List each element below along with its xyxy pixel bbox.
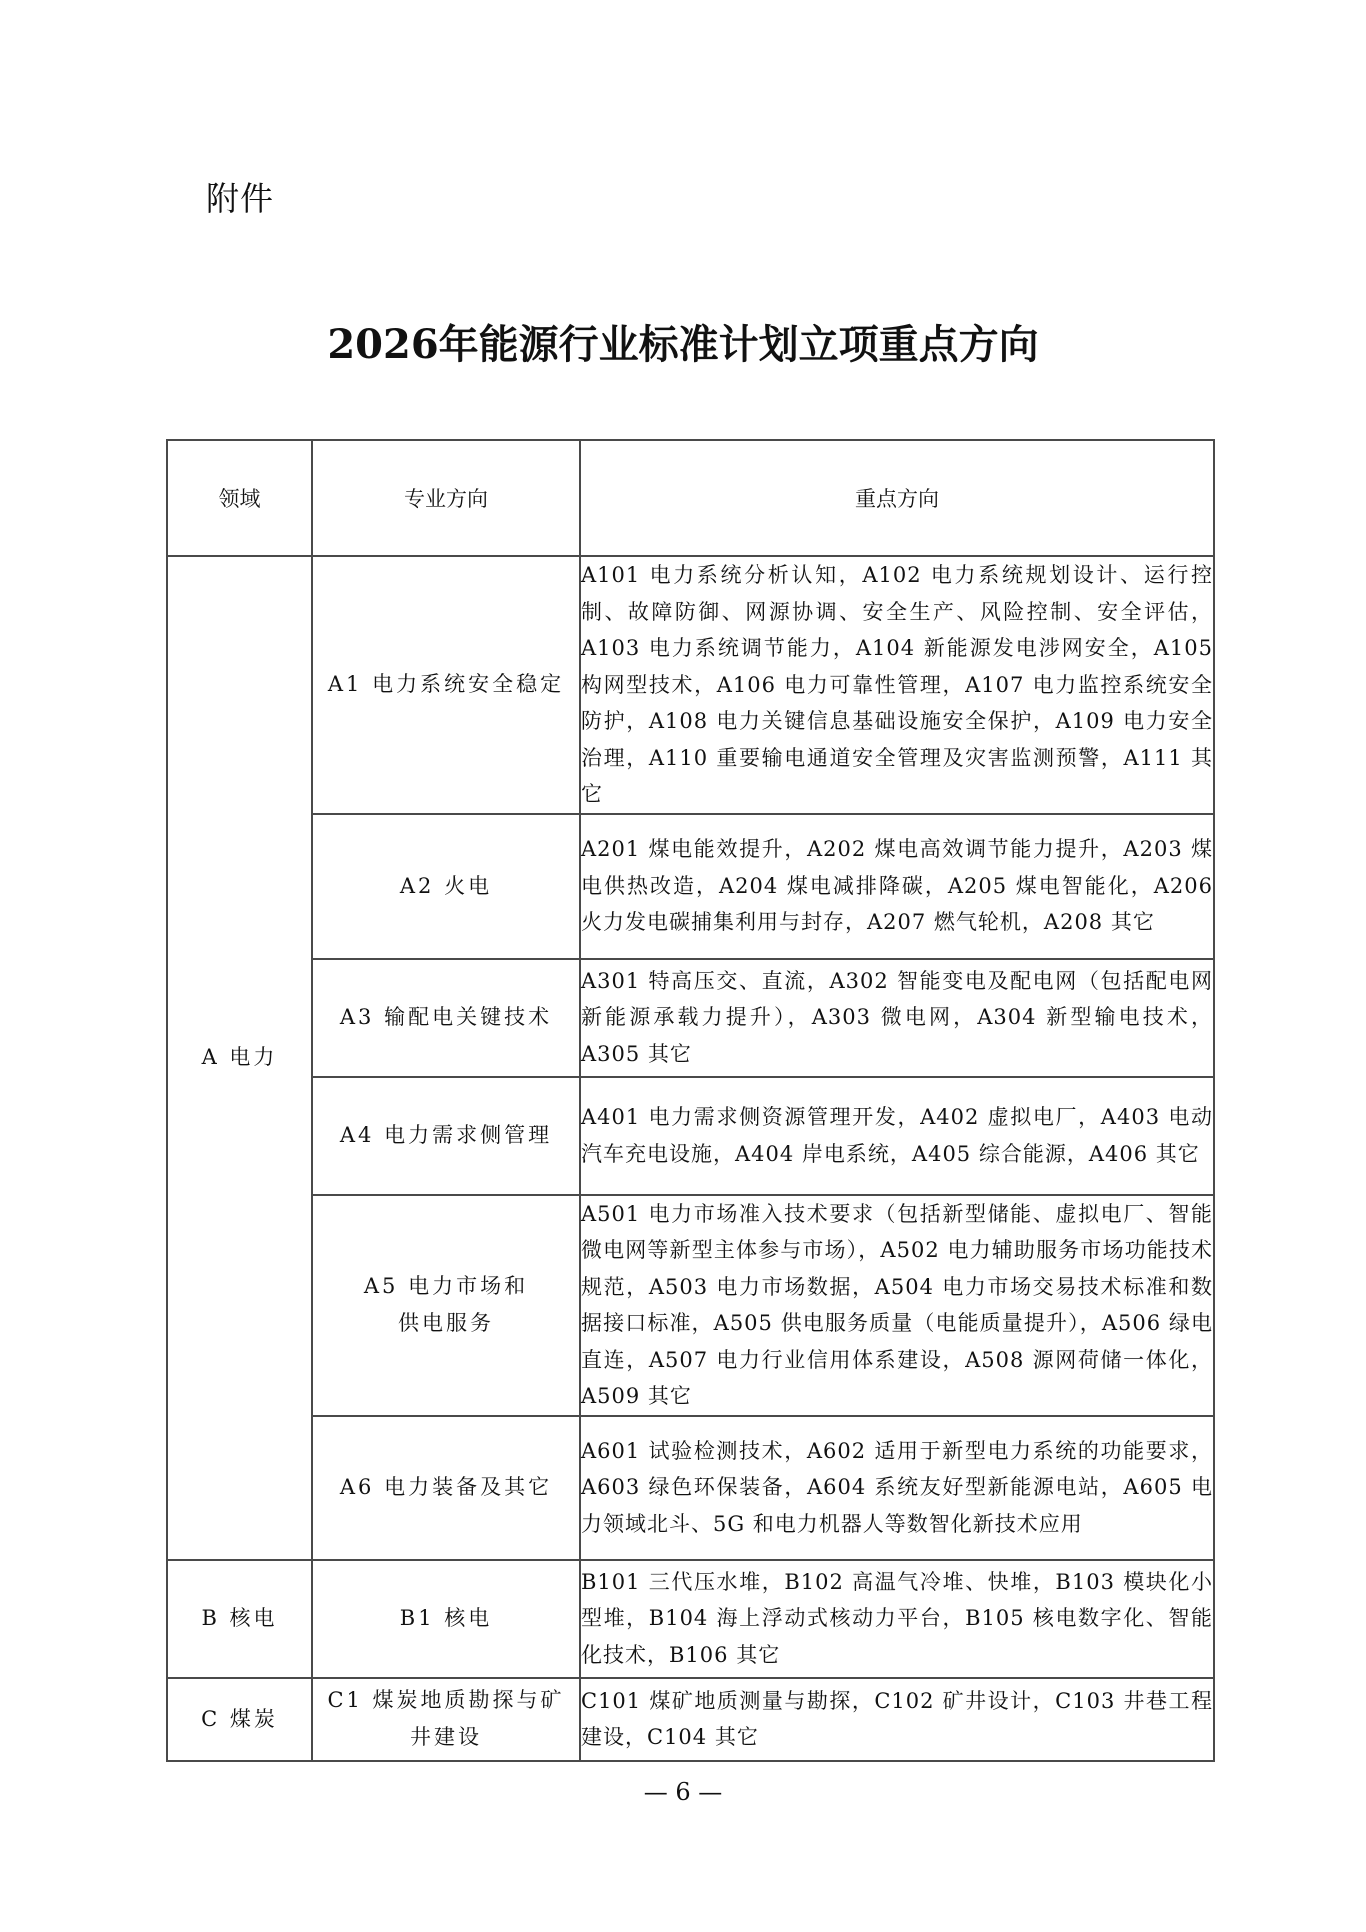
focus-cell-c1: C101 煤矿地质测量与勘探，C102 矿井设计，C103 井巷工程建设，C10… (580, 1678, 1214, 1761)
table-row: A6 电力装备及其它 A601 试验检测技术，A602 适用于新型电力系统的功能… (167, 1416, 1214, 1560)
specialty-cell-a5-line-1: A5 电力市场和 (364, 1274, 528, 1298)
focus-cell-a1: A101 电力系统分析认知，A102 电力系统规划设计、运行控制、故障防御、网源… (580, 556, 1214, 814)
specialty-cell-a3: A3 输配电关键技术 (312, 959, 580, 1077)
page-number: — 6 — (0, 1774, 1366, 1810)
specialty-cell-c1: C1 煤炭地质勘探与矿 井建设 (312, 1678, 580, 1761)
column-header-focus: 重点方向 (580, 440, 1214, 556)
standards-plan-table: 领域 专业方向 重点方向 A 电力 A1 电力系统安全稳定 A101 电力系统分… (166, 439, 1215, 1762)
page-title: 2026年能源行业标准计划立项重点方向 (0, 318, 1366, 372)
focus-cell-a5: A501 电力市场准入技术要求（包括新型储能、虚拟电厂、智能微电网等新型主体参与… (580, 1195, 1214, 1416)
specialty-cell-b1: B1 核电 (312, 1560, 580, 1678)
focus-cell-a2: A201 煤电能效提升，A202 煤电高效调节能力提升，A203 煤电供热改造，… (580, 814, 1214, 959)
specialty-cell-c1-line-1: C1 煤炭地质勘探与矿 (327, 1688, 564, 1712)
specialty-cell-a2: A2 火电 (312, 814, 580, 959)
table-row: A4 电力需求侧管理 A401 电力需求侧资源管理开发，A402 虚拟电厂，A4… (167, 1077, 1214, 1195)
table-row: A3 输配电关键技术 A301 特高压交、直流，A302 智能变电及配电网（包括… (167, 959, 1214, 1077)
table-row: A 电力 A1 电力系统安全稳定 A101 电力系统分析认知，A102 电力系统… (167, 556, 1214, 814)
specialty-cell-a5: A5 电力市场和 供电服务 (312, 1195, 580, 1416)
focus-cell-a4: A401 电力需求侧资源管理开发，A402 虚拟电厂，A403 电动汽车充电设施… (580, 1077, 1214, 1195)
specialty-cell-a6: A6 电力装备及其它 (312, 1416, 580, 1560)
table-header-row: 领域 专业方向 重点方向 (167, 440, 1214, 556)
specialty-cell-c1-line-2: 井建设 (410, 1725, 482, 1749)
column-header-domain: 领域 (167, 440, 312, 556)
column-header-specialty: 专业方向 (312, 440, 580, 556)
domain-cell-c: C 煤炭 (167, 1678, 312, 1761)
table-row: A2 火电 A201 煤电能效提升，A202 煤电高效调节能力提升，A203 煤… (167, 814, 1214, 959)
specialty-cell-a4: A4 电力需求侧管理 (312, 1077, 580, 1195)
table-row: C 煤炭 C1 煤炭地质勘探与矿 井建设 C101 煤矿地质测量与勘探，C102… (167, 1678, 1214, 1761)
table-row: B 核电 B1 核电 B101 三代压水堆，B102 高温气冷堆、快堆，B103… (167, 1560, 1214, 1678)
domain-cell-a: A 电力 (167, 556, 312, 1560)
domain-cell-b: B 核电 (167, 1560, 312, 1678)
table-row: A5 电力市场和 供电服务 A501 电力市场准入技术要求（包括新型储能、虚拟电… (167, 1195, 1214, 1416)
focus-cell-b1: B101 三代压水堆，B102 高温气冷堆、快堆，B103 模块化小型堆，B10… (580, 1560, 1214, 1678)
attachment-label: 附件 (206, 178, 274, 220)
focus-cell-a6: A601 试验检测技术，A602 适用于新型电力系统的功能要求，A603 绿色环… (580, 1416, 1214, 1560)
focus-cell-a3: A301 特高压交、直流，A302 智能变电及配电网（包括配电网新能源承载力提升… (580, 959, 1214, 1077)
specialty-cell-a1: A1 电力系统安全稳定 (312, 556, 580, 814)
specialty-cell-a5-line-2: 供电服务 (398, 1311, 494, 1335)
